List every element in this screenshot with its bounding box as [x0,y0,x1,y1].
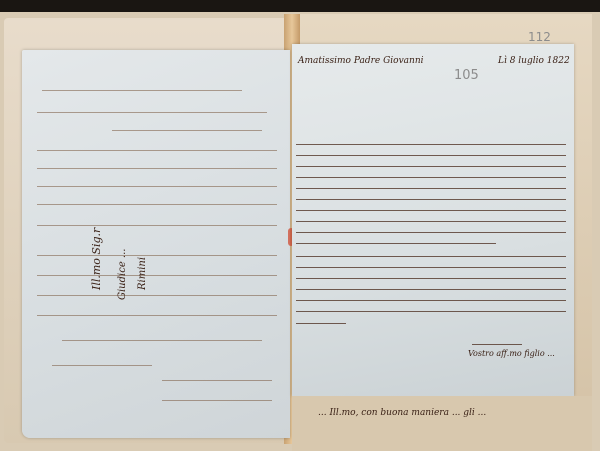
address-line-2: Giudice ... [117,249,128,300]
folio-number: 105 [454,68,479,83]
right-letter-page: Amatissimo Padre Giovanni 105 Lì 8 lugli… [292,44,574,396]
bottom-strip-text: ... Ill.mo, con buona maniera ... gli ..… [318,408,486,418]
top-folio-number: 112 [528,30,551,44]
left-letter-page: Ill.mo Sig.r Giudice ... Rimini [22,50,290,438]
letter-date: Lì 8 luglio 1822 [498,56,570,66]
underlying-page-strip: ... Ill.mo, con buona maniera ... gli ..… [292,396,592,451]
salutation: Amatissimo Padre Giovanni [298,56,424,66]
signature: Vostro aff.mo figlio ... [468,349,555,358]
address-line-3: Rimini [137,257,148,290]
address-line-1: Ill.mo Sig.r [90,228,103,290]
